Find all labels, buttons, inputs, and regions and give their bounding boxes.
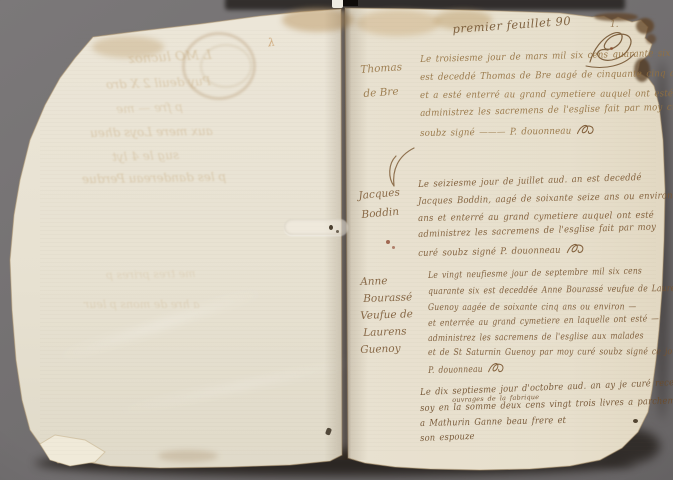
foxing-dot (610, 47, 613, 50)
entry-line: Le seiziesme jour de juillet aud. an est… (418, 172, 642, 190)
right-page-entries: Thomasde BreLe troisiesme jour de mars m… (0, 0, 673, 480)
entry-line: et de St Saturnin Guenoy par moy curé so… (428, 347, 673, 358)
signature-paraph-icon (565, 241, 587, 255)
entry-line: Le vingt neufiesme jour de septembre mil… (428, 267, 642, 281)
manuscript-scan: L MO lucnozPuy deuil 2 X drop fre — meau… (0, 0, 673, 480)
entry-line: administrez les sacremens de l'esglise a… (428, 331, 644, 344)
spine-black-tab (343, 0, 358, 6)
margin-name: Anne (360, 275, 388, 288)
margin-name: Jacques (358, 186, 400, 202)
margin-name: Bourassé (363, 291, 412, 305)
foxing-dot (392, 246, 395, 249)
entry-line: Jacques Boddin, aagé de soixante seize a… (418, 190, 673, 207)
signature-paraph-icon (487, 360, 508, 374)
entry-line: soubz signé ——— P. douonneau (420, 122, 598, 139)
foxing-dot (633, 419, 638, 423)
margin-name: Thomas (360, 61, 402, 76)
margin-name: de Bre (363, 86, 399, 100)
entry-line: administrez les sacremens de l'esglise f… (420, 101, 673, 119)
entry-line: Guenoy aagée de soixante cinq ans ou env… (428, 302, 636, 313)
entry-line: curé soubz signé P. douonneau (418, 241, 587, 259)
margin-name: Boddin (361, 206, 400, 221)
foxing-dot (386, 240, 390, 244)
margin-name: Guenoy (360, 343, 401, 356)
entry-line: et a esté enterré au grand cymetiere auq… (420, 88, 673, 101)
spine-white-tab (332, 0, 343, 8)
margin-name: Veufue de (360, 308, 413, 322)
entry-line: P. douonneau (428, 360, 508, 376)
entry-line: administrez les sacremens de l'esglise f… (418, 222, 656, 240)
entry-line: son espouze (420, 431, 475, 444)
entry-line: quarante six est deceddée Anne Bourassé … (428, 284, 673, 297)
entry-line: et enterrée au grand cymetiere en laquel… (428, 314, 659, 329)
margin-name: Laurens (363, 325, 407, 339)
entry-line: est deceddé Thomas de Bre aagé de cinqua… (420, 68, 673, 83)
entry-line: Le troisiesme jour de mars mil six cens … (420, 48, 671, 65)
signature-paraph-icon (576, 122, 598, 136)
entry-line: a Mathurin Ganne beau frere et (420, 415, 566, 429)
